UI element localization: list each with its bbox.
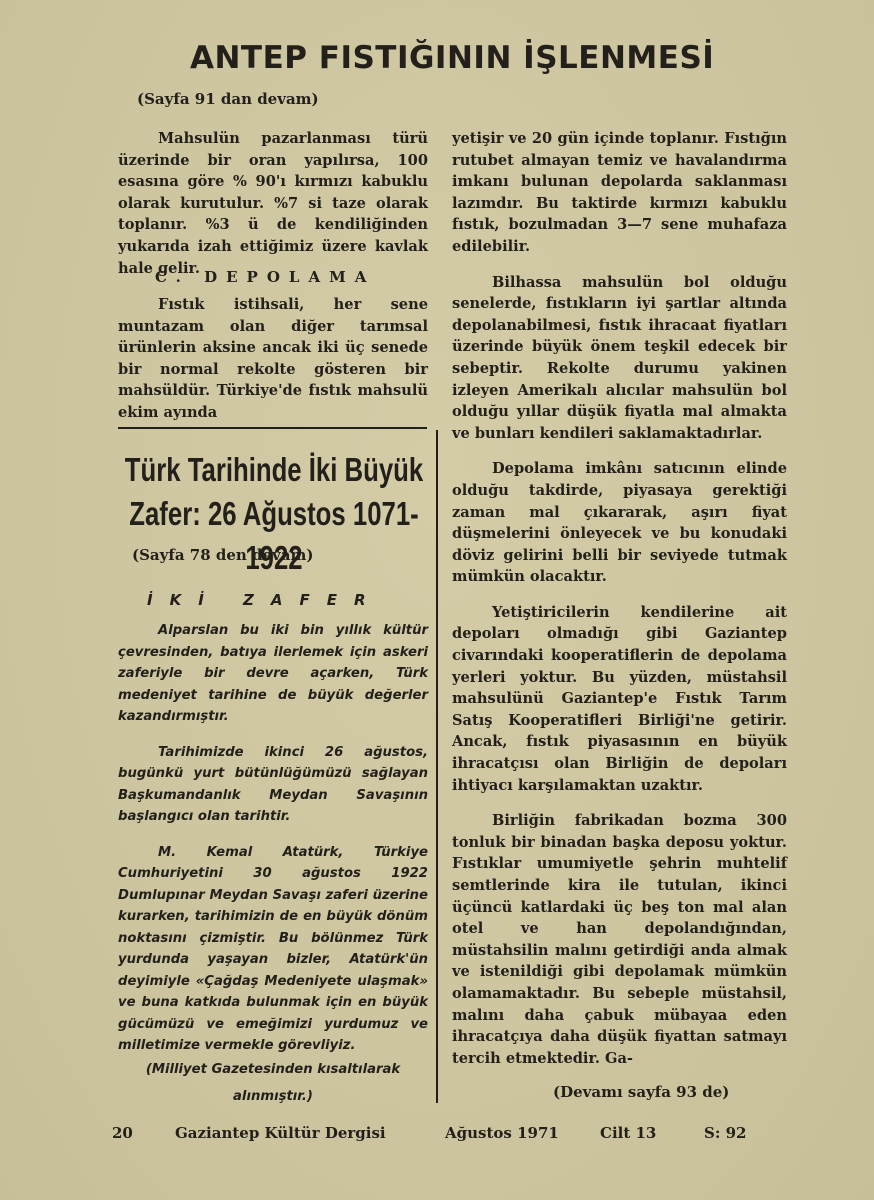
- volume: Cilt 13: [600, 1124, 656, 1142]
- paragraph: Yetiştiricilerin kendilerine ait depolar…: [452, 602, 787, 796]
- continued-from-note: (Sayfa 91 dan devam): [137, 90, 319, 108]
- issue-number: S: 92: [704, 1124, 746, 1142]
- source-note: (Milliyet Gazetesinden kısaltılarak alın…: [118, 1056, 428, 1110]
- horizontal-divider: [118, 427, 427, 429]
- magazine-name: Gaziantep Kültür Dergisi: [175, 1124, 386, 1142]
- vertical-divider: [436, 430, 438, 1103]
- page-number: 20: [112, 1124, 133, 1142]
- left-column-top: Mahsulün pazarlanması türü üzerinde bir …: [118, 128, 428, 279]
- issue-date: Ağustos 1971: [445, 1124, 559, 1142]
- paragraph: Depolama imkânı satıcının elinde olduğu …: [452, 458, 787, 588]
- left-column-depolama: Fıstık istihsali, her sene muntazam olan…: [118, 294, 428, 424]
- continued-from-note: (Sayfa 78 den devam): [132, 546, 313, 564]
- magazine-page: ANTEP FISTIĞININ İŞLENMESİ (Sayfa 91 dan…: [0, 0, 874, 1200]
- paragraph: Mahsulün pazarlanması türü üzerinde bir …: [118, 128, 428, 279]
- paragraph: Birliğin fabrikadan bozma 300 tonluk bir…: [452, 810, 787, 1069]
- article2-title-line1: Türk Tarihinde İki Büyük: [118, 448, 430, 492]
- paragraph: Bilhassa mahsulün bol olduğu senelerde, …: [452, 272, 787, 445]
- paragraph: Tarihimizde ikinci 26 ağustos, bugünkü y…: [118, 742, 428, 828]
- article-title: ANTEP FISTIĞININ İŞLENMESİ: [190, 40, 710, 76]
- article2-body: Alparslan bu iki bin yıllık kültür çevre…: [118, 620, 428, 1057]
- paragraph: yetişir ve 20 gün içinde toplanır. Fıstı…: [452, 128, 787, 258]
- paragraph: M. Kemal Atatürk, Türkiye Cumhuriyetini …: [118, 842, 428, 1057]
- paragraph: Fıstık istihsali, her sene muntazam olan…: [118, 294, 428, 424]
- right-column: yetişir ve 20 gün içinde toplanır. Fıstı…: [452, 128, 787, 1069]
- section-heading: İKİ ZAFER: [147, 591, 383, 609]
- article2-title-line2: Zafer: 26 Ağustos 1071-1922: [118, 492, 430, 580]
- paragraph: Alparslan bu iki bin yıllık kültür çevre…: [118, 620, 428, 728]
- continued-on-note: (Devamı sayfa 93 de): [553, 1083, 729, 1101]
- section-heading: C. DEPOLAMA: [155, 268, 375, 286]
